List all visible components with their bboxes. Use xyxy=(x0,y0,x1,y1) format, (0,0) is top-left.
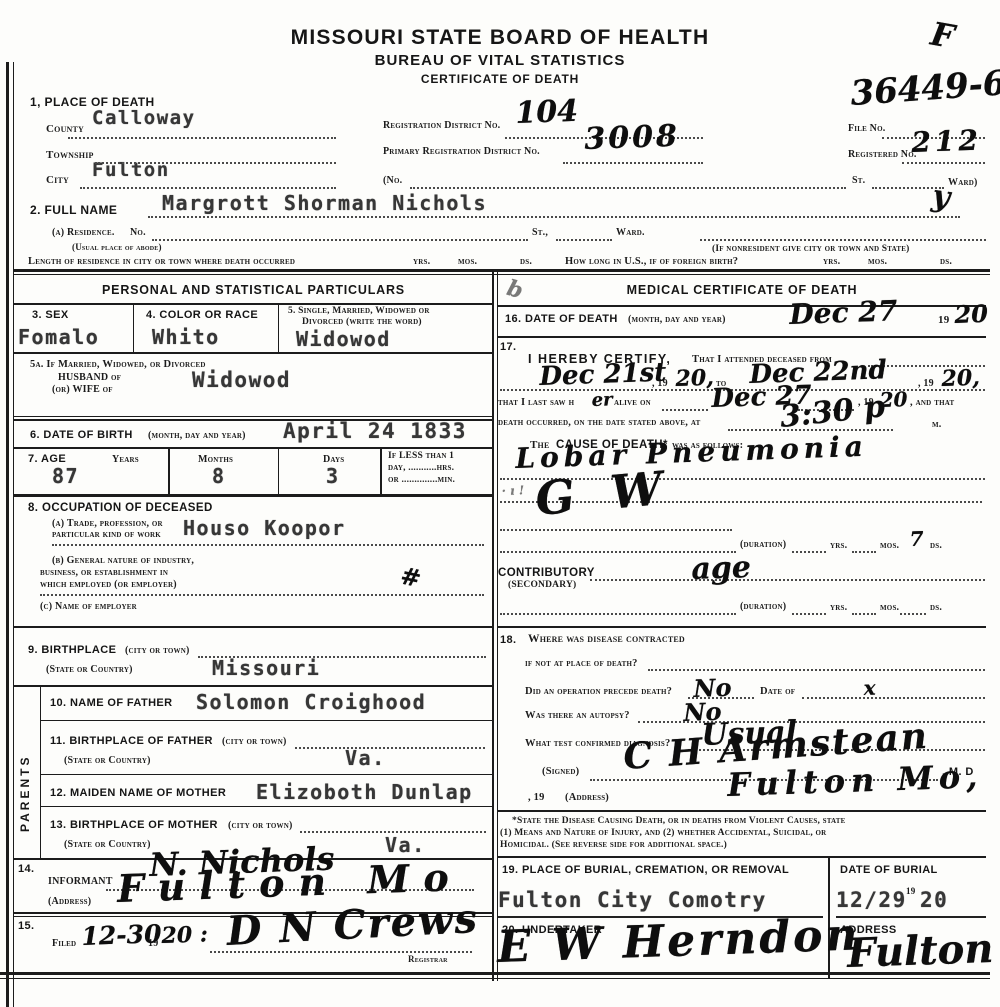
age-months-value: 8 xyxy=(212,464,226,488)
contributory-label: CONTRIBUTORY xyxy=(498,567,595,579)
dotted-line xyxy=(40,593,484,596)
death-occurred-label: death occurred, on the date stated above… xyxy=(498,417,701,428)
divider xyxy=(14,416,492,417)
dotted-line xyxy=(80,186,336,189)
color-race-value: Whito xyxy=(152,325,220,349)
father-birthplace-value: Va. xyxy=(345,746,386,770)
dotted-line xyxy=(852,550,876,553)
autopsy-label: Was there an autopsy? xyxy=(525,710,630,721)
yrs-label: yrs. xyxy=(823,256,840,267)
abode-note: (Usual place of abode) xyxy=(72,242,162,252)
mother-name-value: Elizoboth Dunlap xyxy=(256,780,473,804)
cell-divider xyxy=(380,447,382,495)
father-birthplace-label: 11. BIRTHPLACE OF FATHER xyxy=(50,735,213,747)
divider xyxy=(14,685,492,687)
attended-from-date: Dec 21st xyxy=(539,358,667,392)
dotted-line xyxy=(900,612,926,615)
filed-year-hand: 20 : xyxy=(161,921,208,949)
if-less-line3: or ..............min. xyxy=(388,475,455,485)
faint-marks: · ı ! xyxy=(502,483,525,498)
cell-divider xyxy=(168,447,170,495)
name-end-scrawl: y xyxy=(930,178,952,215)
medical-header-scrawl: b xyxy=(504,275,526,304)
city-label: City xyxy=(46,174,69,186)
place-of-burial-label: 19. PLACE OF BURIAL, CREMATION, OR REMOV… xyxy=(502,864,789,876)
informant-address-label: (Address) xyxy=(48,896,91,907)
left-border-outer xyxy=(6,62,9,1007)
cell-divider xyxy=(278,303,279,353)
dotted-line xyxy=(68,136,336,139)
dotted-line xyxy=(852,612,876,615)
date-of-burial-value: 12/29 xyxy=(836,888,907,912)
duration-days-value: 7 xyxy=(909,527,924,551)
birthplace-label: 9. BIRTHPLACE xyxy=(28,644,116,656)
alive-on-label: alive on xyxy=(614,397,651,408)
divider xyxy=(497,856,986,858)
divider xyxy=(14,626,492,628)
dotted-line xyxy=(700,238,986,241)
sex-value: Fomalo xyxy=(18,325,99,349)
sex-label: 3. SEX xyxy=(32,309,69,321)
if-less-line1: If LESS than 1 xyxy=(388,451,454,461)
age-years-value: 87 xyxy=(52,464,79,488)
marital-label-line2: Divorced (write the word) xyxy=(302,317,422,327)
married-widowed-label: 5a. If Married, Widowed, or Divorced xyxy=(30,359,206,370)
bottom-divider xyxy=(0,978,990,979)
dotted-line xyxy=(198,655,486,658)
contributory-value: age xyxy=(691,550,752,587)
undertaker-signature: E W Herndon xyxy=(496,909,861,973)
registered-no-value: 212 xyxy=(911,124,983,159)
occupation-b-line2: business, or establishment in xyxy=(40,567,168,578)
filed-date-value: 12-30 xyxy=(81,919,162,951)
date-of-death-value: Dec 27 xyxy=(789,294,898,331)
left-border-inner xyxy=(13,62,14,1007)
form-title: MISSOURI STATE BOARD OF HEALTH xyxy=(0,26,1000,50)
dotted-line xyxy=(662,408,708,411)
occupation-c-label: (c) Name of employer xyxy=(40,601,137,612)
years-label: Years xyxy=(112,454,139,465)
meridiem-label: m. xyxy=(932,419,942,430)
file-no-value: 36449-6 xyxy=(849,63,1000,114)
duration-mos-label: mos. xyxy=(880,540,899,551)
dotted-line xyxy=(556,238,612,241)
ward-label: Ward) xyxy=(948,177,978,188)
right-column-header: MEDICAL CERTIFICATE OF DEATH xyxy=(497,283,987,297)
column-divider xyxy=(497,269,498,981)
street-label: St. xyxy=(852,175,865,186)
residence-st-label: St., xyxy=(532,227,548,238)
date-of-birth-label: 6. DATE OF BIRTH xyxy=(30,429,133,441)
dotted-line xyxy=(148,215,960,218)
form-subtitle: BUREAU OF VITAL STATISTICS xyxy=(0,52,1000,69)
informant-label: INFORMANT xyxy=(48,876,113,887)
duration-yrs-label: yrs. xyxy=(830,602,847,613)
last-saw-er-hand: er xyxy=(591,389,613,411)
divider xyxy=(14,419,492,421)
date-of-death-year-printed: 19 xyxy=(938,314,949,326)
mos-label: mos. xyxy=(458,256,477,267)
occupation-label: 8. OCCUPATION OF DECEASED xyxy=(28,502,213,514)
duration-label: (duration) xyxy=(740,539,786,550)
mother-name-label: 12. MAIDEN NAME OF MOTHER xyxy=(50,787,226,799)
father-birthplace-state-label: (State or Country) xyxy=(64,755,151,766)
duration-ds-label: ds. xyxy=(930,540,942,551)
date-of-value: x xyxy=(863,676,876,700)
column-divider xyxy=(492,269,494,981)
divider xyxy=(40,720,492,721)
duration-mos-label: mos. xyxy=(880,602,899,613)
operation-label: Did an operation precede death? xyxy=(525,686,672,697)
footnote-line2: (1) Means and Nature of Injury, and (2) … xyxy=(500,828,826,838)
residence-no-label: No. xyxy=(130,227,146,238)
parents-cell-divider xyxy=(40,685,41,858)
filed-label: Filed xyxy=(52,938,76,949)
county-value: Calloway xyxy=(92,107,196,129)
age-days-value: 3 xyxy=(326,464,340,488)
husband-of-label: HUSBAND of xyxy=(58,372,121,383)
divider xyxy=(497,305,986,307)
yrs-label: yrs. xyxy=(413,256,430,267)
bottom-divider xyxy=(0,972,990,975)
ds-label: ds. xyxy=(940,256,952,267)
address-label: (Address) xyxy=(565,792,609,803)
dotted-line xyxy=(563,161,703,164)
duration-yrs-label: yrs. xyxy=(830,540,847,551)
occupation-b-line3: which employed (or employer) xyxy=(40,579,177,590)
registration-district-value: 104 xyxy=(515,94,579,131)
father-name-label: 10. NAME OF FATHER xyxy=(50,697,173,709)
date-of-label: Date of xyxy=(760,686,795,697)
mother-birthplace-sublabel: (city or town) xyxy=(228,820,293,831)
date-of-death-label: 16. DATE OF DEATH xyxy=(505,313,618,325)
full-name-value: Margrott Shorman Nichols xyxy=(162,191,487,215)
duration-ds-label: ds. xyxy=(930,602,942,613)
dotted-line xyxy=(792,612,826,615)
divider xyxy=(497,810,986,812)
file-no-label: File No. xyxy=(848,123,885,134)
parents-vertical-label: PARENTS xyxy=(18,722,32,832)
date-of-death-sublabel: (month, day and year) xyxy=(628,314,726,325)
cell-divider xyxy=(133,303,134,353)
divider xyxy=(40,774,492,775)
father-name-value: Solomon Croighood xyxy=(196,690,426,714)
primary-registration-label: Primary Registration District No. xyxy=(383,146,540,157)
footnote-line3: Homicidal. (See reverse side for additio… xyxy=(500,840,727,850)
dotted-line xyxy=(500,528,732,531)
residence-label: (a) Residence. xyxy=(52,227,115,238)
year-19-label: , 19 xyxy=(528,792,545,803)
date-of-birth-sublabel: (month, day and year) xyxy=(148,430,246,441)
registered-no-label: Registered No. xyxy=(848,149,917,160)
length-residence-label: Length of residence in city or town wher… xyxy=(28,256,295,267)
last-saw-label: that I last saw h xyxy=(498,397,574,408)
full-name-label: 2. FULL NAME xyxy=(30,203,117,217)
year-hand: 20, xyxy=(941,365,980,392)
physician-address-value: Fulton Mo, xyxy=(727,757,984,804)
undertaker-address-value: Fulton xyxy=(846,925,994,977)
marital-value: Widowod xyxy=(296,327,391,351)
dotted-line xyxy=(295,746,485,749)
mother-birthplace-label: 13. BIRTHPLACE OF MOTHER xyxy=(50,819,218,831)
signed-label: (Signed) xyxy=(542,766,579,777)
dotted-line xyxy=(152,238,528,241)
item-14-number: 14. xyxy=(18,863,35,875)
dotted-line xyxy=(648,668,985,671)
divider xyxy=(14,494,492,497)
dotted-line xyxy=(300,830,486,833)
birthplace-state-label: (State or Country) xyxy=(46,664,133,675)
how-long-us-label: How long in U.S., if of foreign birth? xyxy=(565,256,738,267)
date-of-burial-label: DATE OF BURIAL xyxy=(840,864,938,876)
if-less-line2: day, ...........hrs. xyxy=(388,463,454,473)
death-certificate-scan: MISSOURI STATE BOARD OF HEALTH BUREAU OF… xyxy=(0,0,1000,1007)
left-column-header: PERSONAL AND STATISTICAL PARTICULARS xyxy=(15,283,492,297)
marital-label-line1: 5. Single, Married, Widowed or xyxy=(288,306,430,316)
divider xyxy=(14,303,492,305)
date-of-death-year-hand: 20 xyxy=(954,299,988,329)
divider xyxy=(14,447,492,449)
date-of-birth-value: April 24 1833 xyxy=(283,419,467,443)
husband-wife-value: Widowod xyxy=(192,368,291,392)
cause-scrawl: G W xyxy=(533,460,674,526)
registration-district-label: Registration District No. xyxy=(383,120,500,131)
dotted-line xyxy=(590,578,985,581)
nonresident-note: (If nonresident give city or town and St… xyxy=(712,244,909,254)
cell-divider xyxy=(278,447,279,495)
duration-label: (duration) xyxy=(740,601,786,612)
mother-birthplace-state-label: (State or Country) xyxy=(64,839,151,850)
dotted-line xyxy=(802,696,985,699)
divider xyxy=(14,269,990,272)
wife-of-label: (or) WIFE of xyxy=(52,384,113,395)
year-hand: 20, xyxy=(675,365,714,392)
birthplace-value: Missouri xyxy=(212,656,320,680)
secondary-label: (SECONDARY) xyxy=(508,580,576,590)
divider xyxy=(497,626,986,628)
occupation-a-line1: (a) Trade, profession, or xyxy=(52,518,163,529)
dotted-line xyxy=(95,161,336,164)
occupation-a-line2: particular kind of work xyxy=(52,529,161,540)
ds-label: ds. xyxy=(520,256,532,267)
birthplace-sublabel: (city or town) xyxy=(125,645,190,656)
primary-registration-value: 3008 xyxy=(584,119,681,157)
residence-ward-label: Ward. xyxy=(616,227,645,238)
item-18-number: 18. xyxy=(500,634,517,646)
father-birthplace-sublabel: (city or town) xyxy=(222,736,287,747)
mos-label: mos. xyxy=(868,256,887,267)
street-no-label: (No. xyxy=(383,175,402,186)
dotted-line xyxy=(902,161,985,164)
and-that-label: , and that xyxy=(910,397,954,408)
burial-year-value: 20 xyxy=(920,888,948,912)
divider xyxy=(40,806,492,807)
divider xyxy=(14,274,990,275)
occupation-value: Houso Koopor xyxy=(183,516,346,540)
dotted-line xyxy=(410,186,846,189)
item-17-number: 17. xyxy=(500,341,517,353)
place-of-burial-value: Fulton City Comotry xyxy=(498,888,767,912)
divider xyxy=(14,352,492,354)
mother-birthplace-value: Va. xyxy=(385,833,426,857)
burial-year-printed: 19 xyxy=(906,886,915,896)
if-not-at-place-label: if not at place of death? xyxy=(525,658,638,669)
color-race-label: 4. COLOR OR RACE xyxy=(146,309,258,321)
dotted-line xyxy=(792,550,826,553)
disease-contracted-label: Where was disease contracted xyxy=(528,633,685,645)
item-15-number: 15. xyxy=(18,920,35,932)
county-label: County xyxy=(46,123,84,135)
footnote-line1: *State the Disease Causing Death, or in … xyxy=(512,816,846,826)
dotted-line xyxy=(500,612,736,615)
registrar-label: Registrar xyxy=(408,954,448,964)
dotted-line xyxy=(52,543,484,546)
divider xyxy=(497,336,986,338)
occupation-b-mark: # xyxy=(398,561,424,594)
occupation-b-line1: (b) General nature of industry, xyxy=(52,555,194,566)
township-label: Township xyxy=(46,149,94,161)
